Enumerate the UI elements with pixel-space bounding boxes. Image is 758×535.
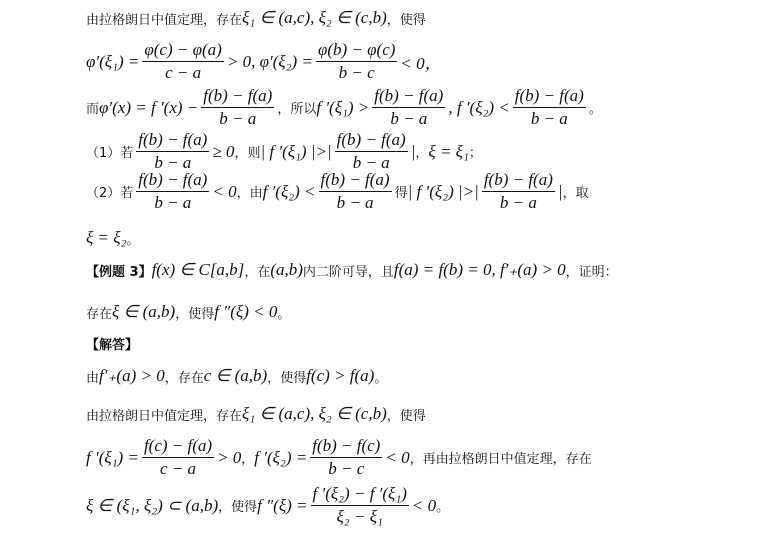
numerator: f(b) − f(a) (319, 170, 392, 192)
text: ，所以 (277, 98, 316, 117)
fraction: f(b) − f(a) b − a (335, 130, 408, 173)
text: 而 (86, 98, 99, 117)
line-mvt-intro-2: 由拉格朗日中值定理，存在 ξ₁ ∈ (a,c), ξ₂ ∈ (c,b) ，使得 (86, 404, 426, 424)
math-expr: (a,b) (270, 260, 303, 280)
math-expr: ξ = ξ₁ (428, 142, 468, 162)
line-example-3: 【例题 3】 f(x) ∈ C[a,b] ，在 (a,b) 内二阶可导，且 f(… (86, 260, 618, 280)
math-expr: ξ₁ ∈ (a,c), ξ₂ ∈ (c,b) (242, 8, 387, 28)
fraction: f(b) − f(a) b − a (482, 170, 555, 213)
text: 内二阶可导，且 (303, 261, 394, 280)
line-answer-heading: 【解答】 (86, 334, 138, 353)
text: ，使得 (267, 367, 306, 386)
line-phi-derivatives: φ′(ξ₁) = φ(c) − φ(a) c − a > 0, φ′(ξ₂) =… (86, 40, 442, 83)
fraction: f(b) − f(a) b − a (372, 86, 445, 129)
math-expr: < 0， (400, 49, 441, 74)
text: ，存在 (165, 367, 204, 386)
text: 。 (126, 229, 139, 248)
numerator: f(b) − f(a) (372, 86, 445, 108)
line-prove-statement: 存在 ξ ∈ (a,b) ，使得 f ″(ξ) < 0 。 (86, 302, 290, 322)
math-expr: f ′(ξ₂) = (254, 448, 307, 468)
numerator: f(b) − f(a) (201, 86, 274, 108)
math-expr: , f ′(ξ₂) < (448, 98, 509, 118)
math-expr: f(a) = f(b) = 0, f′₊(a) > 0 (394, 260, 566, 280)
text: ，证明： (566, 261, 618, 280)
math-expr: φ′(x) = f ′(x) − (99, 98, 198, 118)
denominator: b − a (390, 108, 427, 129)
answer-title: 【解答】 (86, 334, 138, 353)
line-exists-c: 由 f′₊(a) > 0 ，存在 c ∈ (a,b) ，使得 f(c) > f(… (86, 366, 387, 386)
fraction: f(b) − f(c) b − c (310, 436, 382, 479)
text: ，使得 (387, 9, 426, 28)
math-expr: ξ₁ ∈ (a,c), ξ₂ ∈ (c,b) (242, 404, 387, 424)
math-expr: f ″(ξ) < 0 (214, 302, 277, 322)
text: ，使得 (218, 496, 257, 515)
numerator: f(b) − f(a) (136, 170, 209, 192)
text: 。 (374, 367, 387, 386)
math-expr: < 0 (412, 496, 436, 516)
math-expr: | f ′(ξ₁) |>| (260, 142, 331, 162)
text: 存在 (86, 303, 112, 322)
denominator: b − c (339, 62, 375, 83)
text: 。 (277, 303, 290, 322)
text: ，由 (237, 182, 263, 201)
denominator: c − a (165, 62, 201, 83)
denominator: b − a (500, 192, 537, 213)
line-case-1: （1）若 f(b) − f(a) b − a ≥ 0 ，则 | f ′(ξ₁) … (86, 130, 482, 173)
text: 。 (589, 98, 602, 117)
text: ，则 (234, 142, 260, 161)
fraction: φ(c) − φ(a) c − a (142, 40, 223, 83)
line-case-2: （2）若 f(b) − f(a) b − a < 0 ，由 f ′(ξ₂) < … (86, 170, 589, 213)
numerator: f(b) − f(a) (482, 170, 555, 192)
line-case-2-result: ξ = ξ₂ 。 (86, 228, 139, 248)
math-expr: ξ ∈ (a,b) (112, 302, 175, 322)
text: 得 (395, 182, 408, 201)
denominator: b − a (154, 192, 191, 213)
math-expr: f′₊(a) > 0 (99, 366, 165, 386)
numerator: φ(b) − φ(c) (316, 40, 397, 62)
math-expr: < 0 (212, 182, 236, 202)
numerator: f(b) − f(a) (136, 130, 209, 152)
denominator: b − a (531, 108, 568, 129)
text: ，取 (563, 182, 589, 201)
line-phi-prime-relation: 而 φ′(x) = f ′(x) − f(b) − f(a) b − a ，所以… (86, 86, 602, 129)
denominator: ξ₂ − ξ₁ (337, 506, 383, 527)
fraction: f(b) − f(a) b − a (319, 170, 392, 213)
math-expr: f ′(ξ₁) = (86, 448, 139, 468)
line-conclusion: ξ ∈ (ξ₁, ξ₂) ⊂ (a,b) ，使得 f ″(ξ) = f ′(ξ₂… (86, 484, 449, 527)
numerator: f(c) − f(a) (142, 436, 214, 458)
math-expr: φ′(ξ₁) = (86, 52, 139, 72)
line-mvt-intro-1: 由拉格朗日中值定理，存在 ξ₁ ∈ (a,c), ξ₂ ∈ (c,b) ，使得 (86, 8, 426, 28)
math-expr: < 0 (385, 448, 409, 468)
fraction: φ(b) − φ(c) b − c (316, 40, 397, 83)
numerator: f ′(ξ₂) − f ′(ξ₁) (311, 484, 409, 506)
math-expr: > 0 (217, 448, 241, 468)
fraction: f(b) − f(a) b − a (513, 86, 586, 129)
math-expr: c ∈ (a,b) (204, 366, 267, 386)
math-expr: f(c) > f(a) (306, 366, 374, 386)
math-expr: > 0, φ′(ξ₂) = (227, 52, 313, 72)
text: ， (241, 448, 254, 467)
math-expr: f(x) ∈ C[a,b] (152, 260, 245, 280)
numerator: f(b) − f(a) (513, 86, 586, 108)
numerator: f(b) − f(c) (310, 436, 382, 458)
denominator: c − a (160, 458, 196, 479)
math-expr: | f ′(ξ₂) |>| (408, 182, 479, 202)
text: ，在 (244, 261, 270, 280)
denominator: b − a (337, 192, 374, 213)
fraction: f(b) − f(a) b − a (201, 86, 274, 129)
denominator: b − a (219, 108, 256, 129)
text: ，使得 (387, 405, 426, 424)
text: ； (469, 142, 482, 161)
text: 由 (86, 367, 99, 386)
math-expr: f ′(ξ₂) < (263, 182, 316, 202)
numerator: φ(c) − φ(a) (142, 40, 223, 62)
math-expr: ξ ∈ (ξ₁, ξ₂) ⊂ (a,b) (86, 496, 218, 516)
math-expr: f ′(ξ₁) > (316, 98, 369, 118)
case-label: （1）若 (86, 142, 133, 161)
text: ， (415, 142, 428, 161)
denominator: b − c (328, 458, 364, 479)
line-f-derivatives: f ′(ξ₁) = f(c) − f(a) c − a > 0 ， f ′(ξ₂… (86, 436, 592, 479)
text: 。 (436, 496, 449, 515)
math-expr: f ″(ξ) = (257, 496, 307, 516)
numerator: f(b) − f(a) (335, 130, 408, 152)
case-label: （2）若 (86, 182, 133, 201)
text: ，再由拉格朗日中值定理，存在 (410, 448, 592, 467)
example-title: 【例题 3】 (86, 261, 152, 280)
math-expr: ≥ 0 (212, 142, 234, 162)
fraction: f ′(ξ₂) − f ′(ξ₁) ξ₂ − ξ₁ (311, 484, 409, 527)
text: 由拉格朗日中值定理，存在 (86, 9, 242, 28)
fraction: f(b) − f(a) b − a (136, 130, 209, 173)
text: ，使得 (175, 303, 214, 322)
math-expr: ξ = ξ₂ (86, 228, 126, 248)
fraction: f(c) − f(a) c − a (142, 436, 214, 479)
text: 由拉格朗日中值定理，存在 (86, 405, 242, 424)
fraction: f(b) − f(a) b − a (136, 170, 209, 213)
